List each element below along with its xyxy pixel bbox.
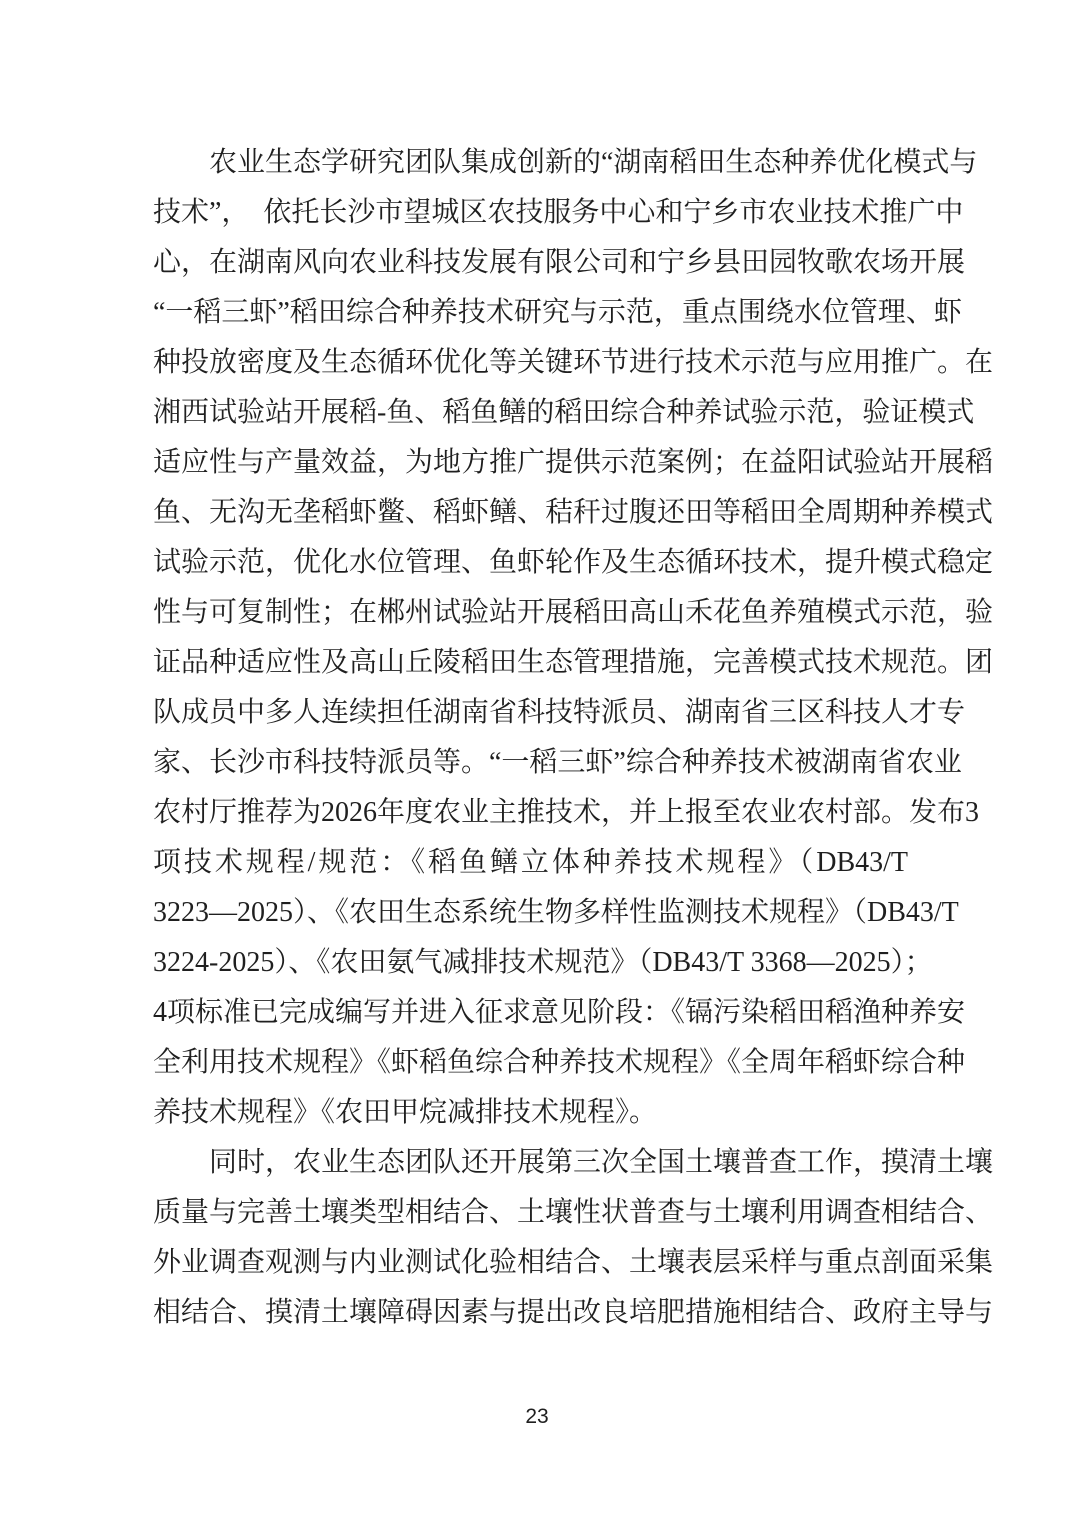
text-line: 农村厅推荐为2026年度农业主推技术，并上报至农业农村部。发布3 — [153, 788, 908, 838]
text-line: 种投放密度及生态循环优化等关键环节进行技术示范与应用推广。在 — [153, 338, 908, 388]
text-line: 农业生态学研究团队集成创新的“湖南稻田生态种养优化模式与 — [153, 138, 908, 188]
text-line: 心，在湖南风向农业科技发展有限公司和宁乡县田园牧歌农场开展 — [153, 238, 908, 288]
text-line: 试验示范，优化水位管理、鱼虾轮作及生态循环技术，提升模式稳定 — [153, 538, 908, 588]
text-line: 同时，农业生态团队还开展第三次全国土壤普查工作，摸清土壤 — [153, 1138, 908, 1188]
text-line: 家、长沙市科技特派员等。“一稻三虾”综合种养技术被湖南省农业 — [153, 738, 908, 788]
page-number: 23 — [525, 1405, 548, 1428]
text-line: 鱼、无沟无垄稻虾鳖、稻虾鳝、秸秆过腹还田等稻田全周期种养模式 — [153, 488, 908, 538]
text-line: 技术”， 依托长沙市望城区农技服务中心和宁乡市农业技术推广中 — [153, 188, 908, 238]
paragraph: 农业生态学研究团队集成创新的“湖南稻田生态种养优化模式与技术”， 依托长沙市望城… — [153, 138, 908, 1138]
text-block: 农业生态学研究团队集成创新的“湖南稻田生态种养优化模式与技术”， 依托长沙市望城… — [153, 138, 908, 1338]
text-line: 全利用技术规程》《虾稻鱼综合种养技术规程》《全周年稻虾综合种 — [153, 1038, 908, 1088]
text-line: 外业调查观测与内业测试化验相结合、土壤表层采样与重点剖面采集 — [153, 1238, 908, 1288]
document-page: 农业生态学研究团队集成创新的“湖南稻田生态种养优化模式与技术”， 依托长沙市望城… — [0, 0, 1074, 1520]
text-line: 养技术规程》《农田甲烷减排技术规程》。 — [153, 1088, 908, 1138]
text-line: 4项标准已完成编写并进入征求意见阶段：《镉污染稻田稻渔种养安 — [153, 988, 908, 1038]
text-line: 3223—2025）、《农田生态系统生物多样性监测技术规程》（DB43/T — [153, 888, 908, 938]
text-line: 证品种适应性及高山丘陵稻田生态管理措施，完善模式技术规范。团 — [153, 638, 908, 688]
text-line: 适应性与产量效益，为地方推广提供示范案例；在益阳试验站开展稻 — [153, 438, 908, 488]
text-line: 项技术规程/规范：《稻鱼鳝立体种养技术规程》（DB43/T — [153, 838, 908, 888]
page-footer: 23 — [0, 1405, 1074, 1429]
text-line: “一稻三虾”稻田综合种养技术研究与示范，重点围绕水位管理、虾 — [153, 288, 908, 338]
text-line: 队成员中多人连续担任湖南省科技特派员、湖南省三区科技人才专 — [153, 688, 908, 738]
paragraph: 同时，农业生态团队还开展第三次全国土壤普查工作，摸清土壤质量与完善土壤类型相结合… — [153, 1138, 908, 1338]
text-line: 性与可复制性；在郴州试验站开展稻田高山禾花鱼养殖模式示范，验 — [153, 588, 908, 638]
text-line: 质量与完善土壤类型相结合、土壤性状普查与土壤利用调查相结合、 — [153, 1188, 908, 1238]
text-line: 湘西试验站开展稻-鱼、稻鱼鳝的稻田综合种养试验示范，验证模式 — [153, 388, 908, 438]
text-line: 相结合、摸清土壤障碍因素与提出改良培肥措施相结合、政府主导与 — [153, 1288, 908, 1338]
text-line: 3224-2025）、《农田氨气减排技术规范》（DB43/T 3368—2025… — [153, 938, 908, 988]
